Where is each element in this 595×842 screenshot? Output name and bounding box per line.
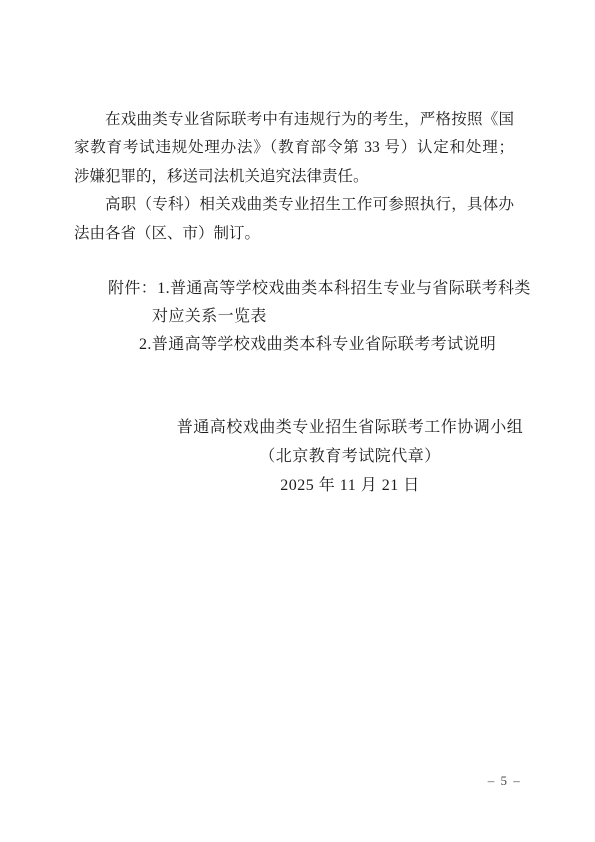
body-text: 在戏曲类专业省际联考中有违规行为的考生，严格按照《国 家教育考试违规处理办法》（… bbox=[74, 106, 514, 248]
signature-date: 2025 年 11 月 21 日 bbox=[150, 471, 550, 500]
paragraph-1-line-1: 在戏曲类专业省际联考中有违规行为的考生，严格按照《国 bbox=[74, 106, 514, 134]
signature-block: 普通高校戏曲类专业招生省际联考工作协调小组 （北京教育考试院代章） 2025 年… bbox=[150, 413, 550, 500]
paragraph-2-line-2: 法由各省（区、市）制订。 bbox=[74, 220, 514, 248]
signature-seal-note: （北京教育考试院代章） bbox=[150, 442, 550, 471]
signature-organization: 普通高校戏曲类专业招生省际联考工作协调小组 bbox=[150, 413, 550, 442]
document-page: 在戏曲类专业省际联考中有违规行为的考生，严格按照《国 家教育考试违规处理办法》（… bbox=[0, 0, 595, 842]
attachment-item-1-line-1: 附件：1.普通高等学校戏曲类本科招生专业与省际联考科类 bbox=[74, 275, 554, 303]
paragraph-2-line-1: 高职（专科）相关戏曲类专业招生工作可参照执行，具体办 bbox=[74, 191, 514, 219]
paragraph-1-line-3: 涉嫌犯罪的，移送司法机关追究法律责任。 bbox=[74, 163, 514, 191]
page-number: – 5 – bbox=[462, 773, 547, 789]
attachment-item-2: 2.普通高等学校戏曲类本科专业省际联考考试说明 bbox=[74, 331, 554, 359]
paragraph-1-line-2: 家教育考试违规处理办法》（教育部令第 33 号）认定和处理； bbox=[74, 134, 514, 162]
attachment-item-1-line-2: 对应关系一览表 bbox=[74, 303, 554, 331]
attachments-list: 附件：1.普通高等学校戏曲类本科招生专业与省际联考科类 对应关系一览表 2.普通… bbox=[74, 275, 554, 359]
